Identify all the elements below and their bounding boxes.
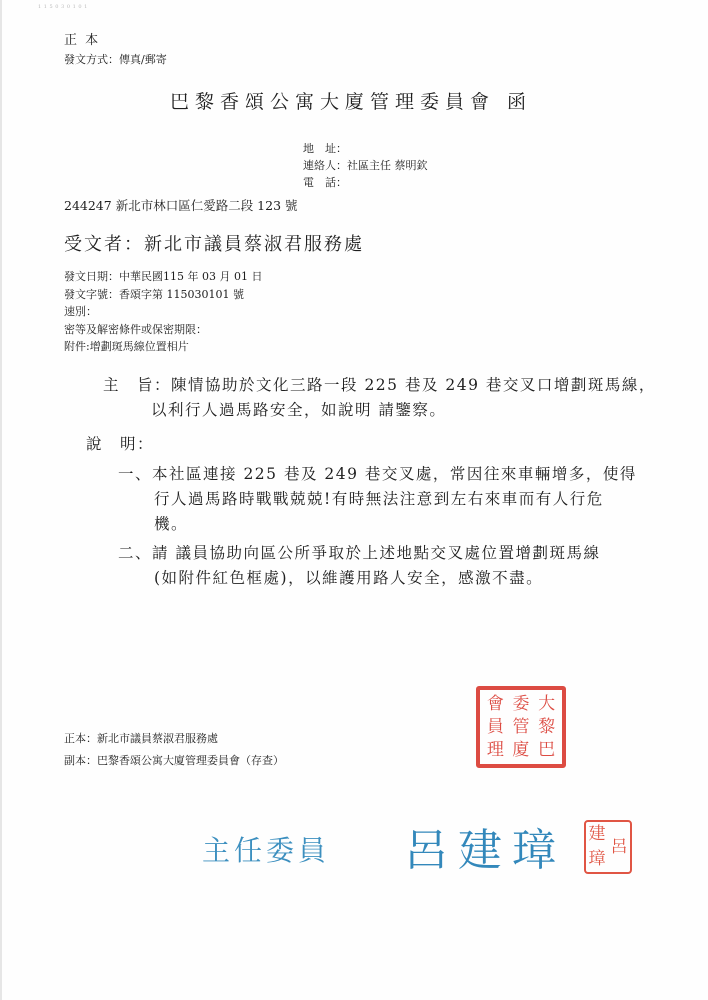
phone-label: 電 話： [303, 176, 347, 189]
contact-block: 地 址： 連絡人：社區主任 蔡明欽 電 話： [303, 141, 428, 190]
copy-recipient: 副本：巴黎香頌公寓大廈管理委員會（存查） [64, 750, 284, 772]
meta-block: 發文日期：中華民國115 年 03 月 01 日 發文字號：香頌字第 11503… [64, 268, 262, 356]
subject-line-2: 以利行人過馬路安全，如說明 請鑒察。 [103, 398, 656, 423]
explanation-label: 說 明： [86, 432, 154, 457]
explanation-item-1: 一、本社區連接 225 巷及 249 巷交叉處，常因往來車輛增多，使得 行人過馬… [118, 462, 637, 537]
document-title: 巴黎香頌公寓大廈管理委員會 函 [170, 87, 532, 114]
dispatch-method: 發文方式：傳真/郵寄 [64, 52, 167, 67]
recipient-address: 244247 新北市林口區仁愛路二段 123 號 [64, 196, 298, 214]
signature-name: 呂建璋 [404, 814, 566, 878]
dispatch-date: 發文日期：中華民國115 年 03 月 01 日 [64, 268, 262, 286]
subject-label: 主 旨： [103, 376, 171, 394]
seal-char: 黎 [534, 716, 559, 738]
contact-person-value: 社區主任 蔡明欽 [347, 159, 428, 172]
original-recipient: 正本：新北市議員蔡淑君服務處 [64, 728, 284, 750]
seal-char: 理 [483, 739, 508, 761]
item-line: 本社區連接 225 巷及 249 巷交叉處，常因往來車輛增多，使得 [152, 465, 637, 483]
distribution-block: 正本：新北市議員蔡淑君服務處 副本：巴黎香頌公寓大廈管理委員會（存查） [64, 728, 284, 772]
document-page: 1 1 5 0 3 0 1 0 1 正 本 發文方式：傳真/郵寄 巴黎香頌公寓大… [0, 0, 708, 1000]
personal-name-seal: 建 璋 呂 [584, 820, 632, 874]
item-line: 行人過馬路時戰戰兢兢!有時無法注意到左右來車而有人行危 [118, 487, 637, 512]
item-line: 請 議員協助向區公所爭取於上述地點交叉處位置增劃斑馬線 [152, 544, 600, 562]
item-marker: 二、 [118, 544, 152, 562]
subject-line-1: 陳情協助於文化三路一段 225 巷及 249 巷交叉口增劃斑馬線， [171, 376, 656, 394]
explanation-item-2: 二、請 議員協助向區公所爭取於上述地點交叉處位置增劃斑馬線 (如附件紅色框處)，… [118, 541, 600, 591]
secrecy-level: 密等及解密條件或保密期限： [64, 321, 262, 339]
seal-char: 大 [534, 693, 559, 715]
document-id-mark: 1 1 5 0 3 0 1 0 1 [38, 4, 88, 10]
speed-class: 速別： [64, 303, 262, 321]
address-label: 地 址： [303, 142, 347, 155]
recipient: 受文者：新北市議員蔡淑君服務處 [64, 230, 364, 256]
item-marker: 一、 [118, 465, 152, 483]
seal-char: 員 [483, 716, 508, 738]
seal-char: 管 [509, 716, 534, 738]
copy-type-label: 正 本 [64, 29, 100, 48]
seal-char: 建 [586, 822, 608, 847]
official-seal: 會 員 理 委 管 廈 大 黎 巴 [476, 686, 566, 768]
item-line: 機。 [118, 512, 637, 537]
item-line: (如附件紅色框處)，以維護用路人安全，感激不盡。 [118, 566, 600, 591]
seal-char: 委 [509, 693, 534, 715]
document-number: 發文字號：香頌字第 115030101 號 [64, 286, 262, 304]
seal-char: 呂 [608, 822, 630, 872]
attachment: 附件:增劃斑馬線位置相片 [64, 338, 262, 356]
signature-title: 主任委員 [202, 829, 330, 869]
seal-char: 會 [483, 693, 508, 715]
seal-char: 廈 [509, 739, 534, 761]
seal-char: 巴 [534, 739, 559, 761]
subject-section: 主 旨：陳情協助於文化三路一段 225 巷及 249 巷交叉口增劃斑馬線， 以利… [103, 373, 656, 423]
contact-person-label: 連絡人： [303, 159, 347, 172]
seal-char: 璋 [586, 847, 608, 872]
